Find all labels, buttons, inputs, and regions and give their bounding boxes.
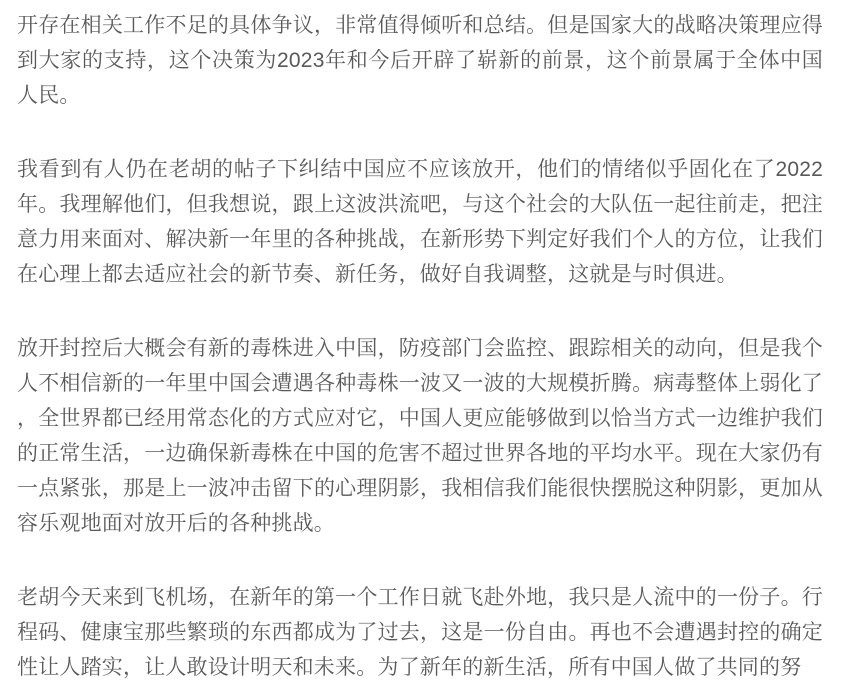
paragraph-2: 我看到有人仍在老胡的帖子下纠结中国应不应该放开，他们的情绪似乎固化在了2022年… (17, 152, 823, 292)
paragraph-1: 开存在相关工作不足的具体争议，非常值得倾听和总结。但是国家大的战略决策理应得到大… (17, 8, 823, 113)
paragraph-3: 放开封控后大概会有新的毒株进入中国，防疫部门会监控、跟踪相关的动向，但是我个人不… (17, 331, 823, 541)
paragraph-4: 老胡今天来到飞机场，在新年的第一个工作日就飞赴外地，我只是人流中的一份子。行程码… (17, 580, 823, 685)
post-body: 开存在相关工作不足的具体争议，非常值得倾听和总结。但是国家大的战略决策理应得到大… (0, 0, 846, 689)
